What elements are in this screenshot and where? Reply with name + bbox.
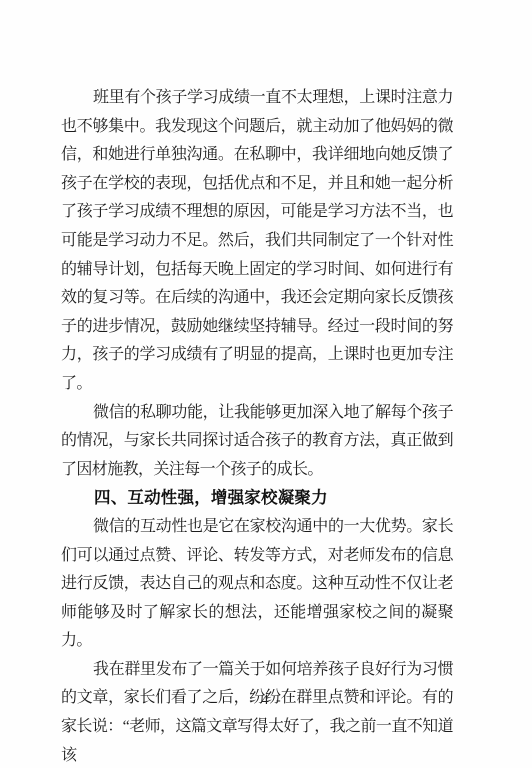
page-footer: - 4 - bbox=[0, 693, 532, 709]
paragraph: 班里有个孩子学习成绩一直不太理想，上课时注意力也不够集中。我发现这个问题后，就主… bbox=[61, 84, 453, 399]
page-number: - 4 - bbox=[249, 693, 282, 708]
section-heading: 四、互动性强，增强家校凝聚力 bbox=[61, 484, 453, 513]
paragraph: 微信的私聊功能，让我能够更加深入地了解每个孩子的情况，与家长共同探讨适合孩子的教… bbox=[61, 399, 453, 485]
document-body: 班里有个孩子学习成绩一直不太理想，上课时注意力也不够集中。我发现这个问题后，就主… bbox=[61, 84, 453, 768]
paragraph: 我在群里发布了一篇关于如何培养孩子良好行为习惯的文章，家长们看了之后，纷纷在群里… bbox=[61, 656, 453, 768]
document-page: 班里有个孩子学习成绩一直不太理想，上课时注意力也不够集中。我发现这个问题后，就主… bbox=[0, 0, 532, 768]
paragraph: 微信的互动性也是它在家校沟通中的一大优势。家长们可以通过点赞、评论、转发等方式，… bbox=[61, 513, 453, 656]
